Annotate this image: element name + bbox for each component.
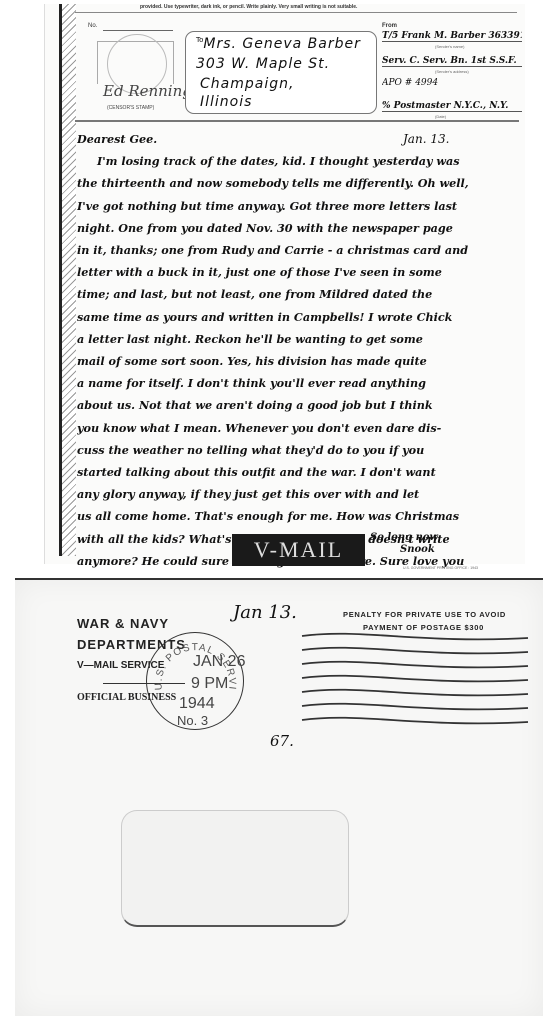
letter-line: in it, thanks; one from Rudy and Carrie …	[77, 239, 517, 261]
postmark-date: JAN 26	[193, 653, 245, 671]
letter-line: letter with a buck in it, just one of th…	[77, 261, 517, 283]
from-label: From	[382, 23, 397, 29]
letter-line: mail of some sort soon. Yes, his divisio…	[77, 350, 517, 372]
sender-address-caption: (Sender's address)	[435, 69, 469, 74]
sender-name: T/5 Frank M. Barber 36339159	[382, 31, 522, 42]
letter-line: cuss the weather no telling what they'd …	[77, 439, 517, 461]
date-caption: (Date)	[435, 114, 446, 119]
letter-line: night. One from you dated Nov. 30 with t…	[77, 217, 517, 239]
address-window	[121, 810, 349, 927]
penalty-line-1: PENALTY FOR PRIVATE USE TO AVOID	[343, 610, 506, 619]
closing: So long now	[370, 532, 438, 544]
vmail-envelope: WAR & NAVY DEPARTMENTS V—MAIL SERVICE OF…	[15, 578, 543, 1016]
postmark-year: 1944	[179, 695, 215, 713]
signoff: So long now Snook	[370, 532, 438, 556]
letter-line: a letter last night. Reckon he'll be wan…	[77, 328, 517, 350]
sender-apo: APO # 4994	[382, 78, 522, 88]
letter-line: I've got nothing but time anyway. Got th…	[77, 195, 517, 217]
salutation: Dearest Gee.	[77, 128, 517, 150]
letter-body: Dearest Gee. I'm losing track of the dat…	[77, 128, 517, 594]
signature: Snook	[370, 544, 438, 556]
hatched-margin	[59, 4, 76, 556]
letter-line: a name for itself. I don't think you'll …	[77, 372, 517, 394]
handwritten-date: Jan 13.	[233, 602, 297, 623]
letter-line: started talking about this outfit and th…	[77, 461, 517, 483]
number-label: No.	[88, 23, 97, 29]
sender-postmaster: % Postmaster N.Y.C., N.Y.	[382, 101, 522, 112]
recipient-state: Illinois	[200, 94, 252, 110]
writing-instructions: provided. Use typewriter, dark ink, or p…	[140, 4, 357, 10]
recipient-address-box: ToMrs. Geneva Barber 303 W. Maple St. Ch…	[185, 31, 377, 114]
letter-line: the thirteenth and now somebody tells me…	[77, 172, 517, 194]
letter-line: any glory anyway, if they just get this …	[77, 483, 517, 505]
handwritten-number: 67.	[270, 732, 294, 750]
printer-note: U.S. GOVERNMENT PRINTING OFFICE : 1943	[403, 566, 478, 570]
recipient-street: 303 W. Maple St.	[196, 56, 330, 72]
letter-line: same time as yours and written in Campbe…	[77, 306, 517, 328]
recipient-name: Mrs. Geneva Barber	[203, 36, 361, 52]
postmark-time: 9 PM	[191, 675, 228, 693]
recipient-city: Champaign,	[200, 76, 294, 92]
letter-line: us all come home. That's enough for me. …	[77, 505, 517, 527]
postmark-station: No. 3	[177, 713, 208, 728]
vmail-logo: V-MAIL	[232, 534, 365, 566]
letter-line: about us. Not that we aren't doing a goo…	[77, 394, 517, 416]
sender-name-caption: (Sender's name)	[435, 44, 464, 49]
censor-stamp-label: (CENSOR'S STAMP)	[107, 105, 154, 111]
letter-line: time; and last, but not least, one from …	[77, 283, 517, 305]
cancellation-wavy-lines	[300, 630, 530, 730]
letter-line: I'm losing track of the dates, kid. I th…	[77, 150, 517, 172]
sender-line-1: WAR & NAVY	[77, 616, 169, 631]
sender-address: Serv. C. Serv. Bn. 1st S.S.F.	[382, 56, 522, 67]
vmail-letter-sheet: provided. Use typewriter, dark ink, or p…	[44, 4, 525, 564]
letter-line: you know what I mean. Whenever you don't…	[77, 417, 517, 439]
